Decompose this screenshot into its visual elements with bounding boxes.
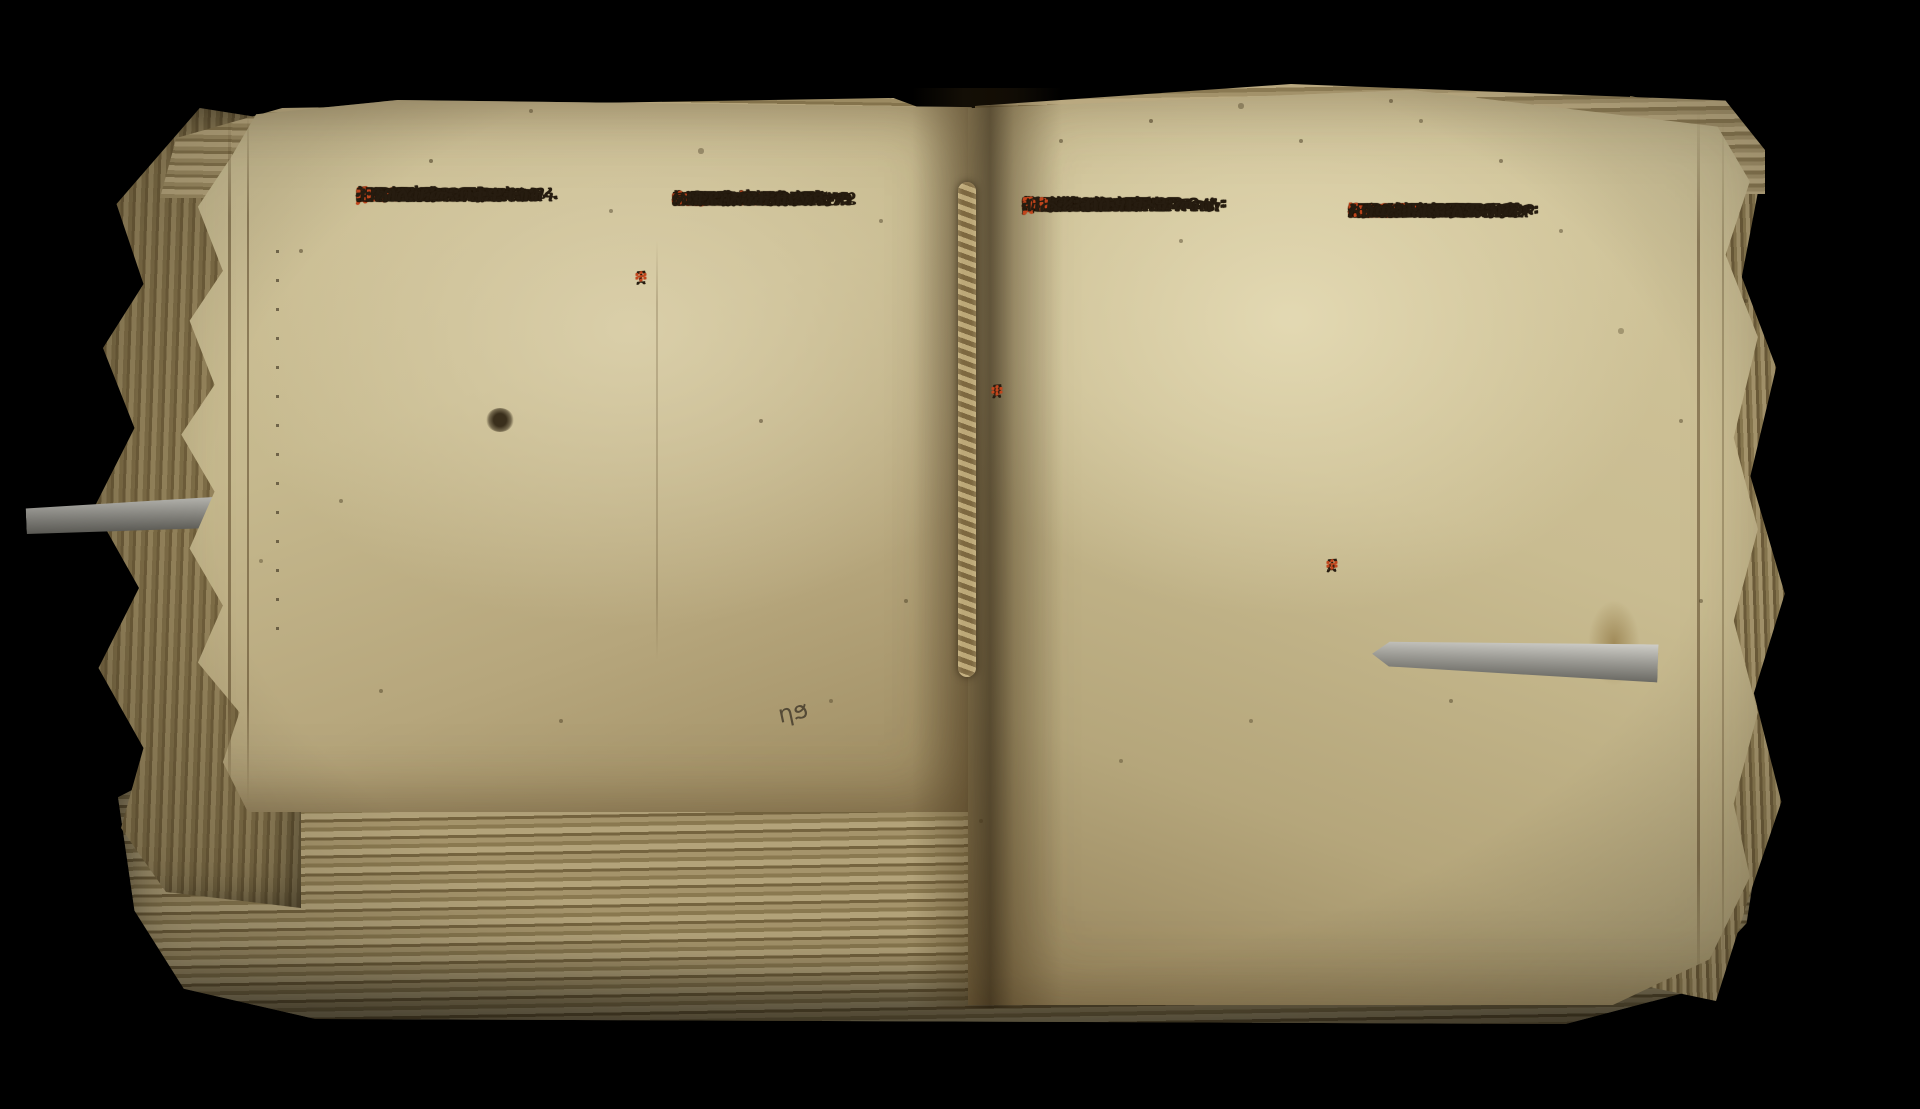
gutter-shadow bbox=[912, 88, 1062, 1008]
right-page bbox=[968, 90, 1774, 1005]
left-page-fold-line bbox=[656, 240, 658, 660]
parchment-speckles bbox=[0, 0, 2, 2]
pricking-holes bbox=[276, 250, 279, 650]
manuscript-photograph: መጠን፡፱ዓመት፡ወመኑፈቀ፡ዓመት፡በኢጋሳዕፀ፨ዕቤ፡ይሴ፡ወፅፆ፡አኀው፡… bbox=[0, 0, 1920, 1109]
ink-blot-stain bbox=[486, 408, 514, 432]
right-page-crease bbox=[1697, 110, 1700, 990]
right-page-crease bbox=[1722, 120, 1724, 980]
left-page-crease bbox=[247, 112, 249, 802]
left-page-crease bbox=[228, 112, 231, 802]
binding-stitch-cord bbox=[958, 182, 976, 677]
